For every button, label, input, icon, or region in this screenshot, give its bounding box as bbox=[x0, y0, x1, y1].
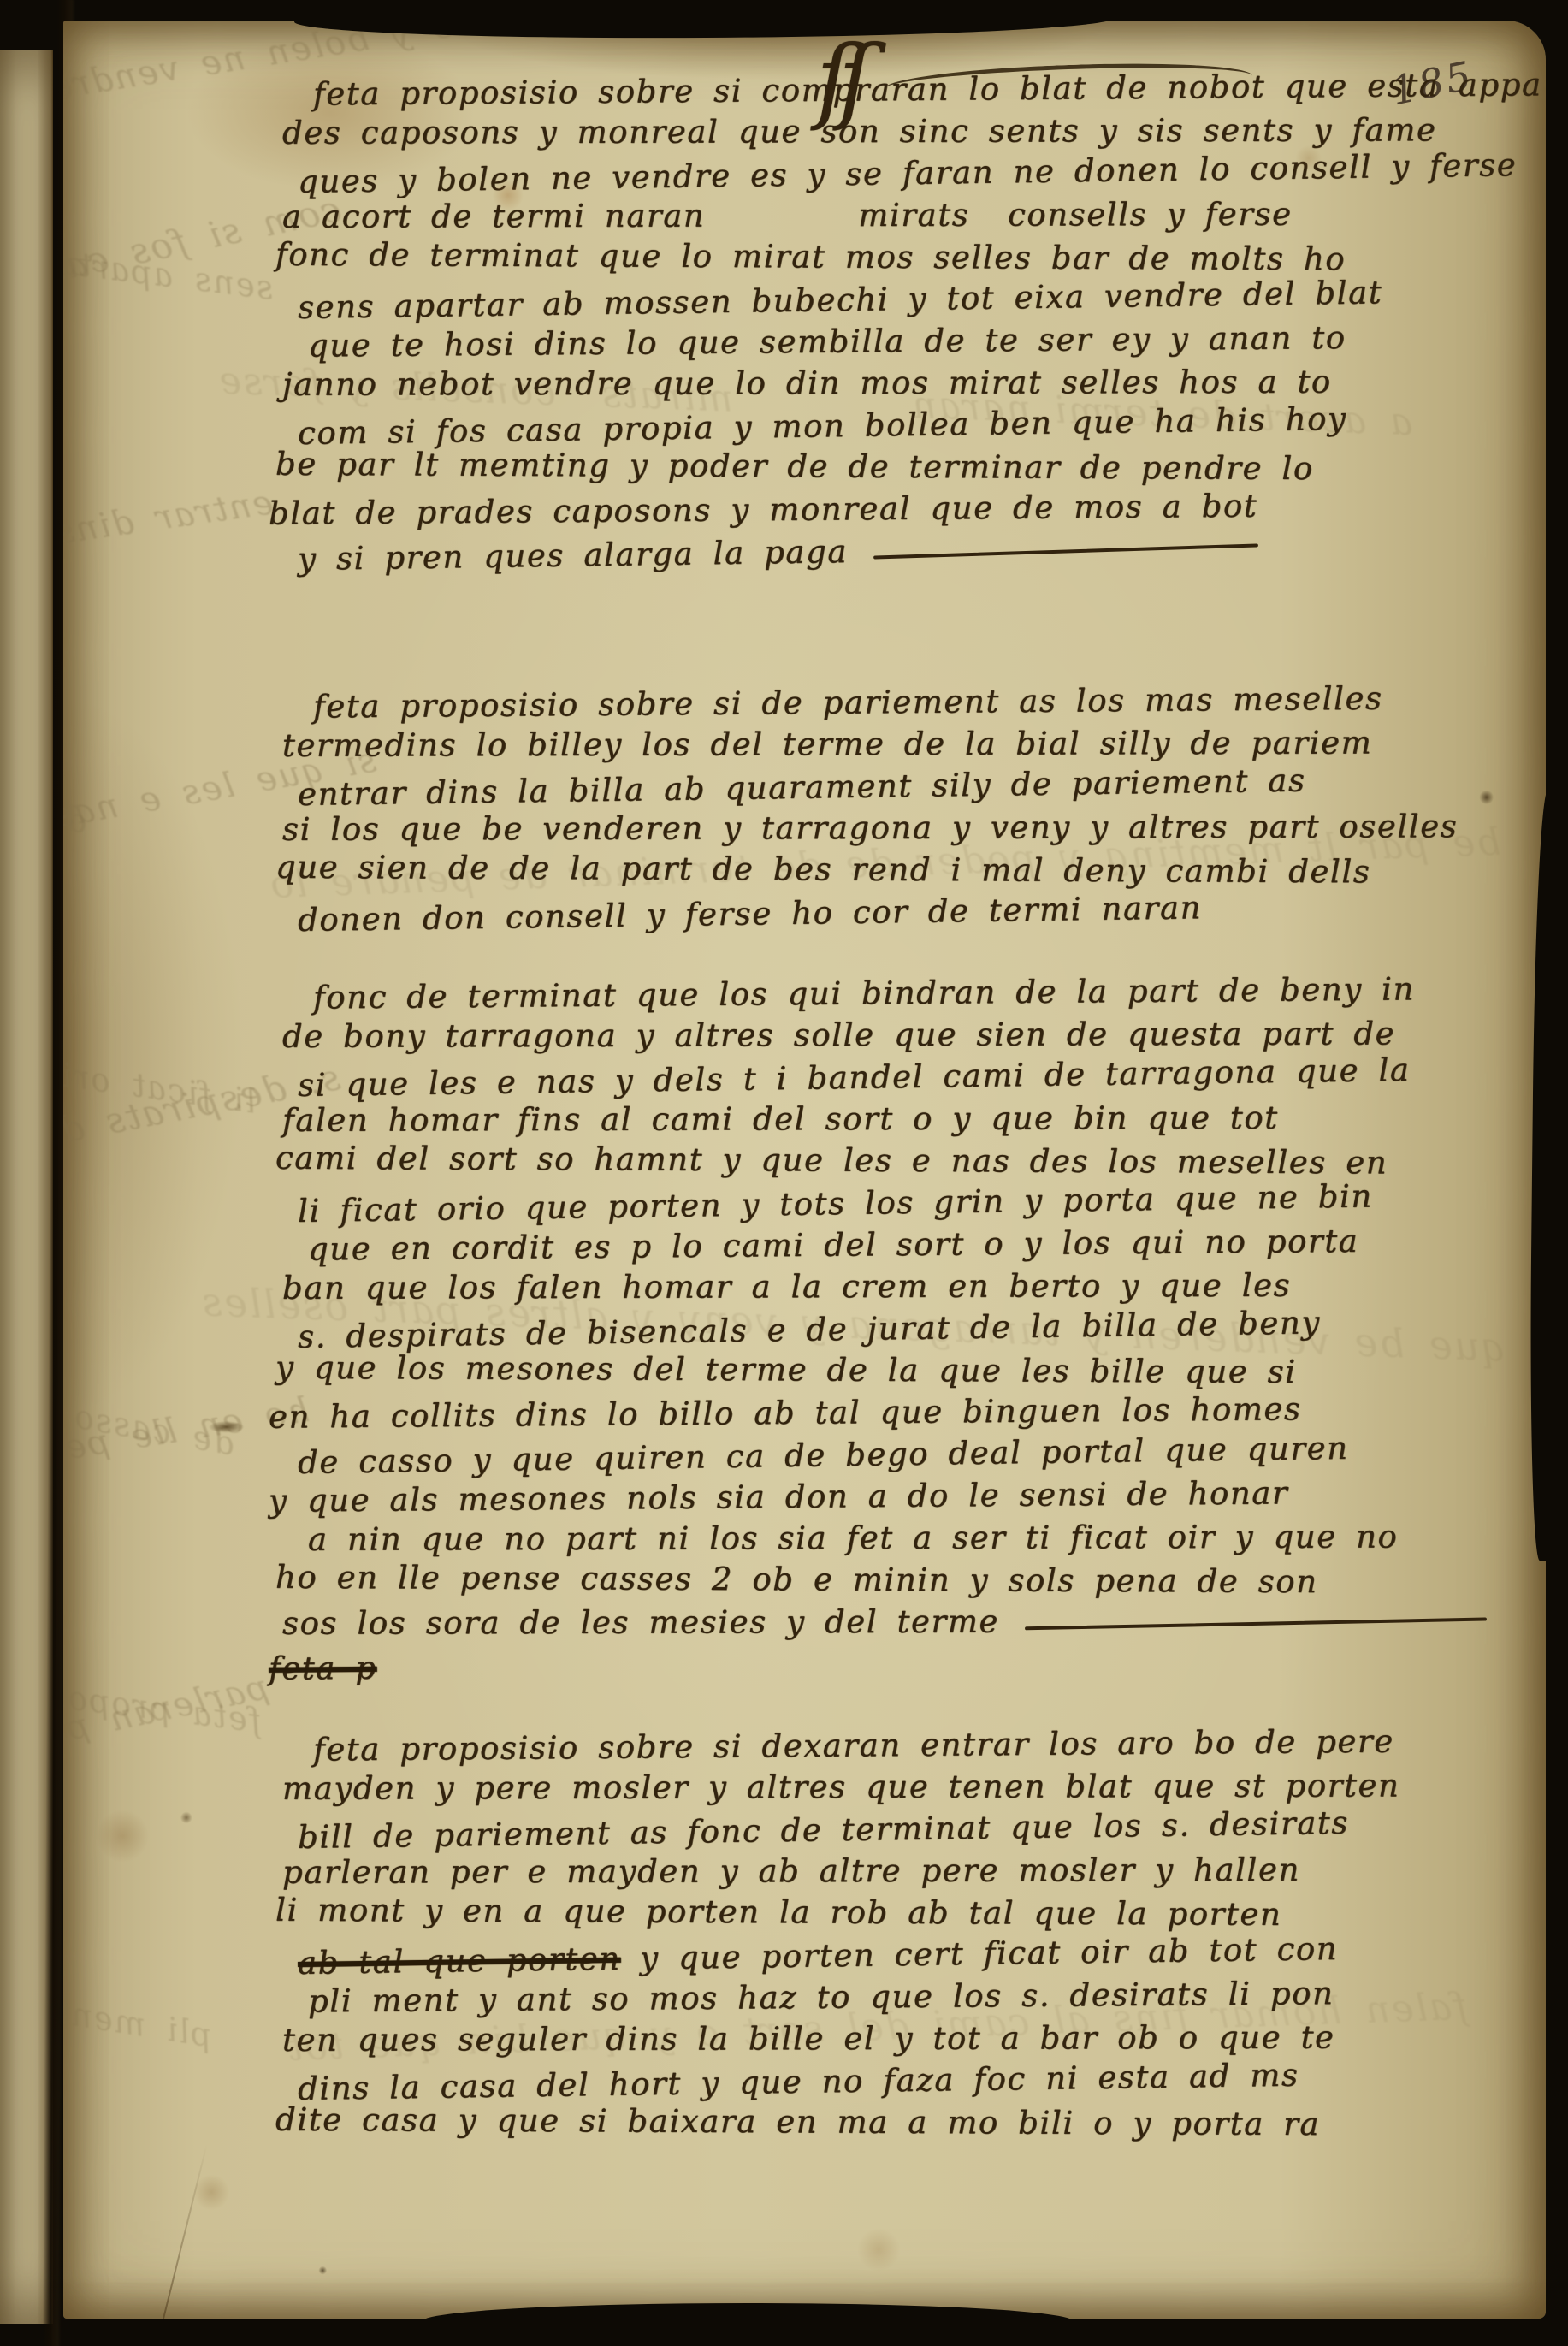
page-top-edge-shadow bbox=[294, 21, 1115, 40]
bleedthrough-line: de casso y que quiren ca de bego deal po… bbox=[63, 1234, 237, 1462]
manuscript-line: dite casa y que si baixara en ma a mo bi… bbox=[275, 2099, 1526, 2146]
manuscript-line: que te hosi dins lo que sembilla de te s… bbox=[308, 315, 1526, 366]
manuscript-line: si los que be venderen y tarragona y ven… bbox=[282, 805, 1526, 850]
bleedthrough-line: parleran per e mayden y ab altre pere mo… bbox=[63, 1668, 272, 1938]
manuscript-line: feta p bbox=[269, 1638, 1526, 1690]
manuscript-line: ho en lle pense casses 2 ob e minin y so… bbox=[275, 1556, 1526, 1603]
manuscript-line: falen homar fins al cami del sort o y qu… bbox=[282, 1096, 1526, 1141]
manuscript-line: a nin que no part ni los sia fet a ser t… bbox=[308, 1515, 1526, 1561]
bleedthrough-line: entrar dins la billa ab quarament sily d… bbox=[63, 483, 275, 675]
manuscript-line: parleran per e mayden y ab altre pere mo… bbox=[282, 1848, 1526, 1893]
paper-crease bbox=[163, 2144, 208, 2319]
bleedthrough-line: feta proposisio sobre si dexaran entrar … bbox=[63, 1564, 263, 1739]
struck-text: feta p bbox=[269, 1650, 377, 1687]
manuscript-line: pli ment y ant so mos haz to que los s. … bbox=[308, 1970, 1526, 2022]
bleedthrough-line: pli ment y ant so mos haz to que los s. … bbox=[63, 1849, 215, 2055]
manuscript-line: feta proposisio sobre si de pariement as… bbox=[313, 676, 1526, 727]
manuscript-line: feta proposisio sobre si dexaran entrar … bbox=[313, 1719, 1526, 1770]
manuscript-text: feta proposisio sobre si compraran lo bl… bbox=[269, 68, 1526, 2183]
struck-text: ab tal que porten bbox=[298, 1940, 621, 1982]
ink-rule bbox=[873, 543, 1258, 559]
bleedthrough-line: li ficat orio que porten y tots los grin… bbox=[63, 926, 258, 1121]
manuscript-line: a acort de termi naran mirats consells y… bbox=[282, 193, 1526, 238]
manuscript-page: ques y bolen ne vendre es y se faran ne … bbox=[63, 21, 1546, 2319]
bleedthrough-line: sens apartar ab mossen bubechi y tot eix… bbox=[63, 131, 275, 307]
manuscript-line: fonc de terminat que los qui bindran de … bbox=[313, 967, 1526, 1018]
manuscript-line: feta proposisio sobre si compraran lo bl… bbox=[313, 63, 1526, 115]
manuscript-line: y que als mesones nols sia don a do le s… bbox=[269, 1470, 1526, 1522]
page-right-edge-shadow bbox=[1528, 791, 1546, 1561]
manuscript-line: sos los sora de les mesies y del terme bbox=[282, 1599, 1526, 1644]
manuscript-line: be par lt memting y poder de de terminar… bbox=[275, 443, 1526, 490]
bleedthrough-line: donen don consell y ferse ho cor de term… bbox=[63, 607, 91, 841]
paragraph-3: fonc de terminat que los qui bindran de … bbox=[269, 972, 1526, 1685]
manuscript-line: donen don consell y ferse ho cor de term… bbox=[298, 882, 1527, 941]
paragraph-4: feta proposisio sobre si dexaran entrar … bbox=[269, 1724, 1526, 2143]
paragraph-1: feta proposisio sobre si compraran lo bl… bbox=[269, 68, 1526, 572]
paragraph-2: feta proposisio sobre si de pariement as… bbox=[269, 681, 1526, 933]
manuscript-line: y que los mesones del terme de la que le… bbox=[275, 1347, 1526, 1394]
ink-rule bbox=[1025, 1617, 1487, 1630]
manuscript-line: que en cordit es p lo cami del sort o y … bbox=[308, 1218, 1526, 1270]
page-bottom-edge-shadow bbox=[423, 2303, 1073, 2319]
manuscript-photo: ques y bolen ne vendre es y se faran ne … bbox=[0, 0, 1568, 2346]
